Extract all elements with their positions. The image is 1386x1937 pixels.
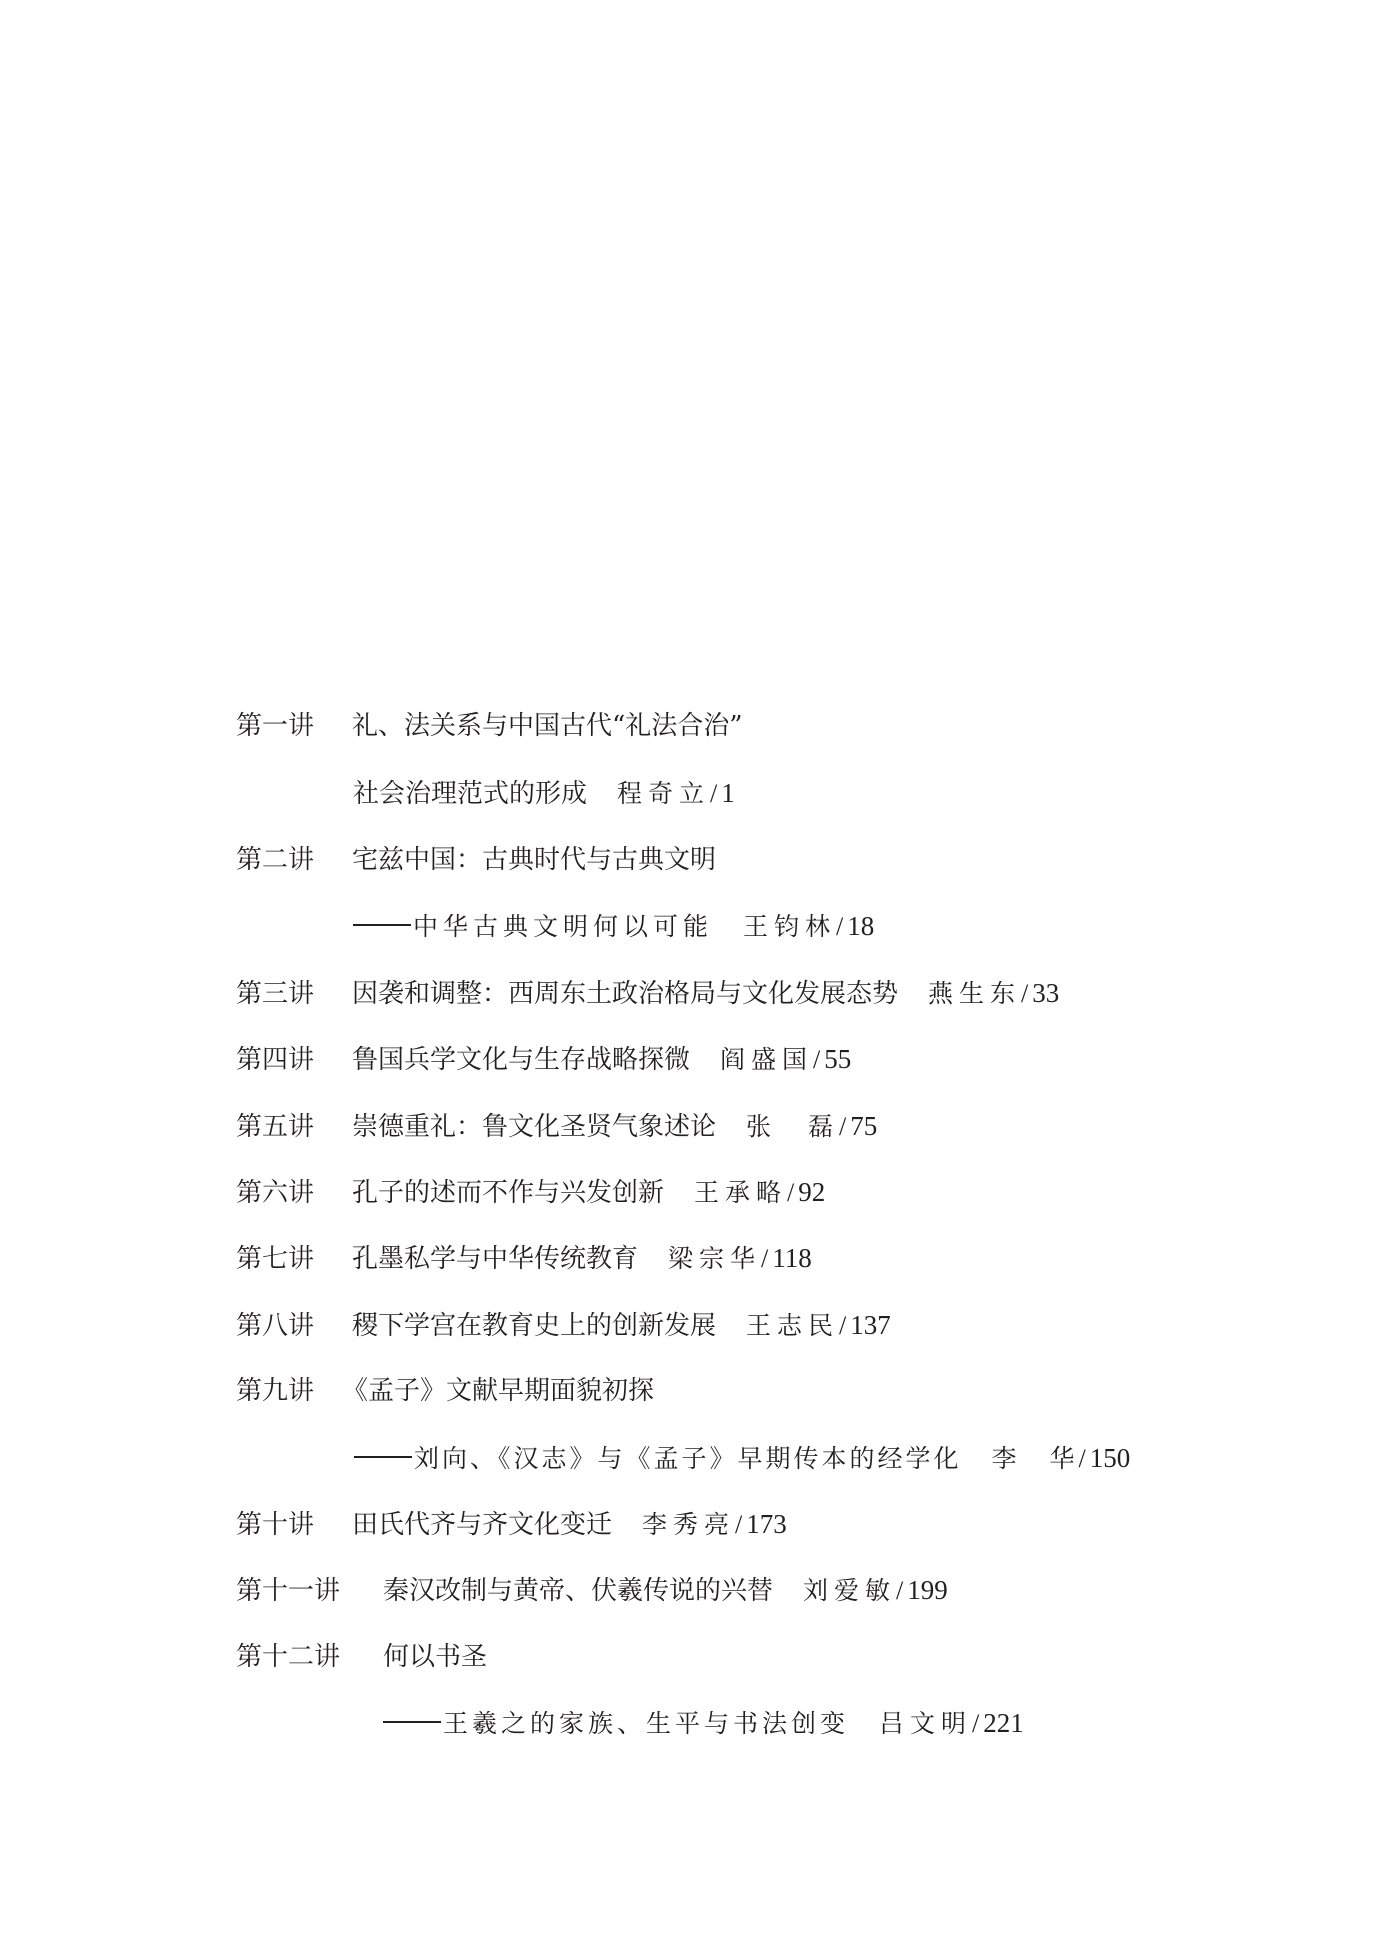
page-number: 1 — [721, 776, 735, 810]
author-name: 张 磊 — [746, 1110, 839, 1144]
lecture-label: 第十二讲 — [236, 1640, 383, 1674]
lecture-title: 宅兹中国：古典时代与古典文明 — [352, 843, 716, 877]
lecture-title: 《孟子》文献早期面貌初探 — [342, 1374, 654, 1408]
toc-entry-5[interactable]: 第五讲 崇德重礼：鲁文化圣贤气象述论 张 磊 / 75 — [236, 1109, 877, 1144]
lecture-title: 因袭和调整：西周东土政治格局与文化发展态势 — [352, 977, 898, 1011]
page-number: 173 — [746, 1507, 787, 1541]
lecture-label: 第六讲 — [236, 1176, 352, 1210]
em-dash — [354, 1456, 412, 1458]
author-name: 李秀亮 — [642, 1508, 735, 1542]
author-name: 程奇立 — [617, 777, 710, 811]
lecture-title: 崇德重礼：鲁文化圣贤气象述论 — [352, 1110, 716, 1144]
author-name: 梁宗华 — [668, 1242, 761, 1276]
page-separator: / — [839, 1110, 846, 1144]
page-number: 18 — [847, 909, 874, 943]
page-separator: / — [710, 777, 717, 811]
page-separator: / — [735, 1508, 742, 1542]
page-number: 92 — [798, 1175, 825, 1209]
lecture-label: 第九讲 — [236, 1374, 342, 1408]
lecture-title: 稷下学宫在教育史上的创新发展 — [352, 1309, 716, 1343]
toc-entry-1[interactable]: 第一讲 礼、法关系与中国古代“礼法合治” — [236, 709, 743, 743]
lecture-label: 第一讲 — [236, 709, 352, 743]
toc-entry-11[interactable]: 第十一讲 秦汉改制与黄帝、伏羲传说的兴替 刘爱敏 / 199 — [236, 1573, 948, 1608]
lecture-title: 孔子的述而不作与兴发创新 — [352, 1176, 664, 1210]
toc-entry-12-subtitle[interactable]: 王羲之的家族、生平与书法创变 吕文明 / 221 — [383, 1706, 1024, 1741]
toc-entry-1-subtitle[interactable]: 社会治理范式的形成 程奇立 / 1 — [353, 776, 735, 811]
author-name: 燕生东 — [928, 977, 1021, 1011]
lecture-label: 第十讲 — [236, 1508, 352, 1542]
lecture-title: 秦汉改制与黄帝、伏羲传说的兴替 — [383, 1574, 773, 1608]
lecture-label: 第二讲 — [236, 843, 352, 877]
lecture-label: 第七讲 — [236, 1242, 352, 1276]
toc-entry-10[interactable]: 第十讲 田氏代齐与齐文化变迁 李秀亮 / 173 — [236, 1507, 787, 1542]
page-number: 150 — [1090, 1441, 1131, 1475]
lecture-label: 第八讲 — [236, 1309, 352, 1343]
page-separator: / — [1079, 1442, 1086, 1476]
toc-entry-9-subtitle[interactable]: 刘向、《汉志》与《孟子》早期传本的经学化 李 华 / 150 — [354, 1441, 1130, 1476]
lecture-subtitle: 王羲之的家族、生平与书法创变 — [443, 1707, 849, 1741]
toc-entry-9[interactable]: 第九讲 《孟子》文献早期面貌初探 — [236, 1374, 654, 1408]
page-number: 55 — [824, 1042, 851, 1076]
page-separator: / — [761, 1242, 768, 1276]
lecture-title: 礼、法关系与中国古代“礼法合治” — [352, 709, 743, 743]
page-separator: / — [787, 1176, 794, 1210]
page-number: 221 — [983, 1706, 1024, 1740]
page-separator: / — [836, 910, 843, 944]
lecture-label: 第五讲 — [236, 1110, 352, 1144]
lecture-label: 第十一讲 — [236, 1574, 383, 1608]
page-separator: / — [972, 1707, 979, 1741]
page-separator: / — [813, 1043, 820, 1077]
page-separator: / — [1021, 977, 1028, 1011]
author-name: 王承略 — [694, 1176, 787, 1210]
lecture-title: 鲁国兵学文化与生存战略探微 — [352, 1043, 690, 1077]
lecture-label: 第四讲 — [236, 1043, 352, 1077]
page-separator: / — [896, 1574, 903, 1608]
author-name: 刘爱敏 — [803, 1574, 896, 1608]
toc-entry-8[interactable]: 第八讲 稷下学宫在教育史上的创新发展 王志民 / 137 — [236, 1308, 891, 1343]
author-name: 李 华 — [992, 1442, 1079, 1476]
lecture-label: 第三讲 — [236, 977, 352, 1011]
page-separator: / — [839, 1309, 846, 1343]
em-dash — [383, 1721, 441, 1723]
toc-entry-3[interactable]: 第三讲 因袭和调整：西周东土政治格局与文化发展态势 燕生东 / 33 — [236, 976, 1059, 1011]
em-dash — [353, 924, 411, 926]
page-number: 33 — [1032, 976, 1059, 1010]
author-name: 阎盛国 — [720, 1043, 813, 1077]
toc-entry-2-subtitle[interactable]: 中华古典文明何以可能 王钧林 / 18 — [353, 909, 874, 944]
lecture-title: 田氏代齐与齐文化变迁 — [352, 1508, 612, 1542]
page-number: 118 — [772, 1241, 812, 1275]
toc-entry-6[interactable]: 第六讲 孔子的述而不作与兴发创新 王承略 / 92 — [236, 1175, 825, 1210]
lecture-subtitle: 中华古典文明何以可能 — [413, 910, 713, 944]
page-number: 199 — [907, 1573, 948, 1607]
toc-entry-2[interactable]: 第二讲 宅兹中国：古典时代与古典文明 — [236, 843, 716, 877]
page-number: 137 — [850, 1308, 891, 1342]
toc-entry-12[interactable]: 第十二讲 何以书圣 — [236, 1640, 487, 1674]
author-name: 吕文明 — [879, 1707, 972, 1741]
page-number: 75 — [850, 1109, 877, 1143]
author-name: 王钧林 — [743, 910, 836, 944]
author-name: 王志民 — [746, 1309, 839, 1343]
lecture-subtitle: 刘向、《汉志》与《孟子》早期传本的经学化 — [414, 1442, 962, 1476]
toc-entry-7[interactable]: 第七讲 孔墨私学与中华传统教育 梁宗华 / 118 — [236, 1241, 812, 1276]
lecture-subtitle: 社会治理范式的形成 — [353, 777, 587, 811]
lecture-title: 何以书圣 — [383, 1640, 487, 1674]
lecture-title: 孔墨私学与中华传统教育 — [352, 1242, 638, 1276]
toc-entry-4[interactable]: 第四讲 鲁国兵学文化与生存战略探微 阎盛国 / 55 — [236, 1042, 851, 1077]
